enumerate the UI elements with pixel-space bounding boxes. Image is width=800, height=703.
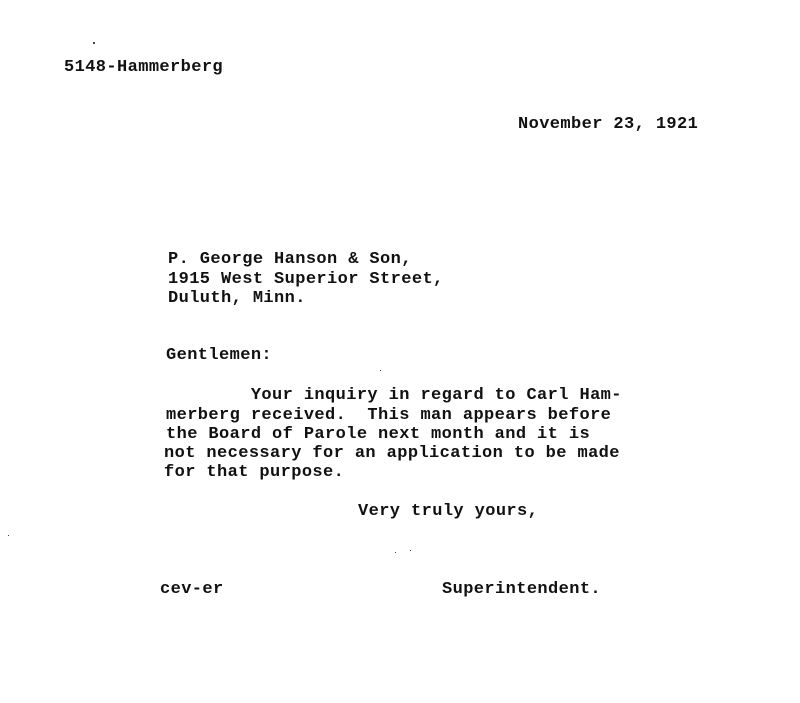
typist-initials: cev-er xyxy=(160,580,224,599)
body-line: merberg received. This man appears befor… xyxy=(166,406,611,425)
body-line: not necessary for an application to be m… xyxy=(164,444,620,463)
paper-speck xyxy=(8,535,9,536)
salutation: Gentlemen: xyxy=(166,346,272,365)
letter-date: November 23, 1921 xyxy=(518,115,698,134)
body-line: Your inquiry in regard to Carl Ham- xyxy=(166,386,622,405)
body-line: for that purpose. xyxy=(164,463,344,482)
paper-speck xyxy=(93,42,95,44)
recipient-line: P. George Hanson & Son, xyxy=(168,250,412,269)
closing: Very truly yours, xyxy=(358,502,538,521)
body-line: the Board of Parole next month and it is xyxy=(166,425,590,444)
recipient-line: Duluth, Minn. xyxy=(168,289,306,308)
paper-speck xyxy=(410,550,411,551)
paper-speck xyxy=(395,552,396,553)
file-reference: 5148-Hammerberg xyxy=(64,58,223,77)
signature-title: Superintendent. xyxy=(442,580,601,599)
paper-speck xyxy=(380,370,381,371)
recipient-line: 1915 West Superior Street, xyxy=(168,270,444,289)
